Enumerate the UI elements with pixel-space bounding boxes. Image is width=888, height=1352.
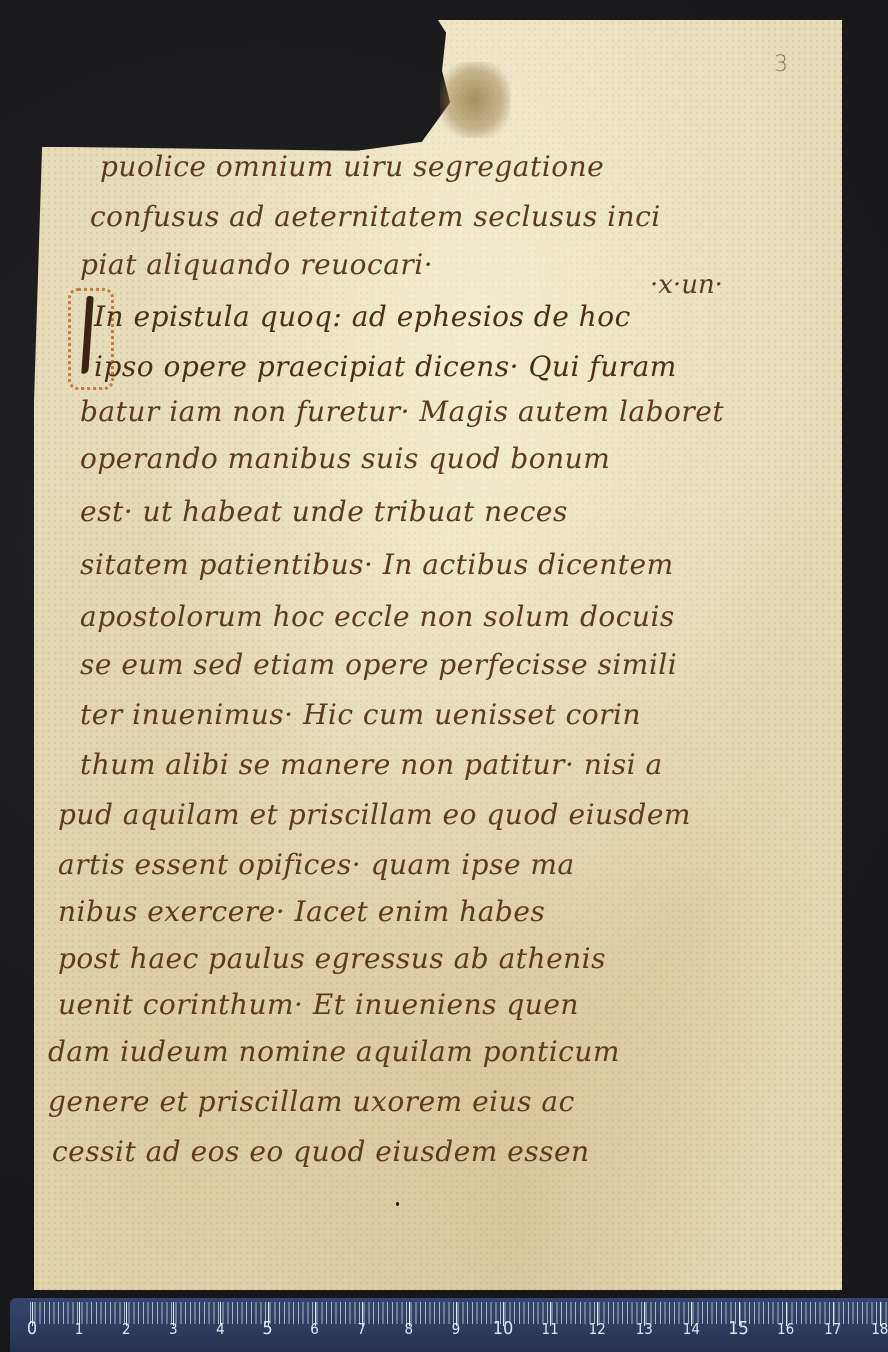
text-line: pud aquilam et priscillam eo quod eiusde… xyxy=(58,798,691,831)
text-line: est· ut habeat unde tribuat neces xyxy=(80,495,568,528)
ruler-label: 13 xyxy=(636,1320,653,1338)
ruler-label: 12 xyxy=(589,1320,606,1338)
ruler-label: 18 xyxy=(871,1320,888,1338)
ruler-label: 7 xyxy=(357,1320,366,1338)
text-line: batur iam non furetur· Magis autem labor… xyxy=(80,395,724,428)
ruler-label: 6 xyxy=(310,1320,319,1338)
text-line: operando manibus suis quod bonum xyxy=(80,442,610,475)
ruler-label: 10 xyxy=(493,1318,514,1339)
text-line: In epistula quoq: ad ephesios de hoc xyxy=(94,300,631,333)
ruler-label: 0 xyxy=(27,1318,37,1339)
ruler-label: 8 xyxy=(405,1320,414,1338)
ink-dot xyxy=(396,1202,399,1206)
ruler-label: 1 xyxy=(75,1320,84,1338)
text-line: genere et priscillam uxorem eius ac xyxy=(48,1085,575,1118)
text-line: post haec paulus egressus ab athenis xyxy=(58,942,606,975)
margin-chapter-numeral: ·x·un· xyxy=(650,270,723,300)
text-line: piat aliquando reuocari· xyxy=(80,248,433,281)
ruler-label: 15 xyxy=(728,1318,749,1339)
ruler-label: 5 xyxy=(262,1318,272,1339)
ruler-label: 3 xyxy=(169,1320,178,1338)
text-line: puolice omnium uiru segregatione xyxy=(100,150,604,183)
text-line: cessit ad eos eo quod eiusdem essen xyxy=(52,1135,590,1168)
text-line: nibus exercere· Iacet enim habes xyxy=(58,895,545,928)
ruler-label: 4 xyxy=(216,1320,225,1338)
text-line: apostolorum hoc eccle non solum docuis xyxy=(80,600,675,633)
text-line: confusus ad aeternitatem seclusus inci xyxy=(90,200,661,233)
text-line: thum alibi se manere non patitur· nisi a xyxy=(80,748,663,781)
ruler-label: 17 xyxy=(824,1320,841,1338)
text-line: ipso opere praecipiat dicens· Qui furam xyxy=(94,350,677,383)
text-line: sitatem patientibus· In actibus dicentem xyxy=(80,548,674,581)
ruler-label: 16 xyxy=(777,1320,794,1338)
ruler-label: 11 xyxy=(542,1320,559,1338)
measurement-ruler: 0123456789101112131415161718 xyxy=(10,1298,888,1352)
folio-number: 3 xyxy=(774,52,788,77)
ruler-label: 9 xyxy=(452,1320,461,1338)
parchment-stain xyxy=(440,62,510,138)
ruler-label: 2 xyxy=(122,1320,131,1338)
text-line: se eum sed etiam opere perfecisse simili xyxy=(80,648,677,681)
text-line: artis essent opifices· quam ipse ma xyxy=(58,848,575,881)
text-line: ter inuenimus· Hic cum uenisset corin xyxy=(80,698,641,731)
text-line: dam iudeum nomine aquilam ponticum xyxy=(48,1035,620,1068)
text-line: uenit corinthum· Et inueniens quen xyxy=(58,988,579,1021)
ruler-label: 14 xyxy=(683,1320,700,1338)
